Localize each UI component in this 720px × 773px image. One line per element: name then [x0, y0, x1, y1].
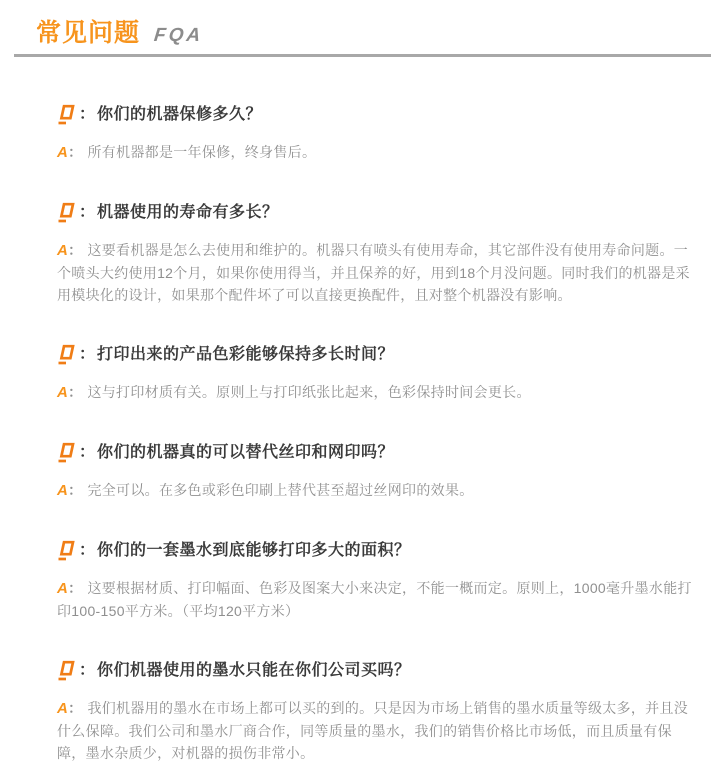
answer-separator: ： — [68, 242, 82, 258]
question-row: ： 打印出来的产品色彩能够保持多长时间？ — [57, 344, 696, 366]
answer-row: A：这要看机器是怎么去使用和维护的。机器只有喷头有使用寿命，其它部件没有使用寿命… — [57, 239, 696, 306]
question-q-icon — [57, 344, 75, 366]
answer-text: 所有机器都是一年保修，终身售后。 — [87, 144, 316, 160]
page-title: 常见问题 — [36, 13, 140, 49]
question-row: ： 你们的机器真的可以替代丝印和网印吗？ — [57, 442, 696, 464]
answer-a-prefix: A — [57, 580, 68, 597]
question-text: 你们机器使用的墨水只能在你们公司买吗？ — [97, 662, 411, 680]
answer-a-prefix: A — [57, 384, 68, 401]
question-row: ： 你们机器使用的墨水只能在你们公司买吗？ — [57, 660, 696, 682]
question-row: ： 你们的一套墨水到底能够打印多大的面积？ — [57, 540, 696, 562]
answer-text: 完全可以。在多色或彩色印刷上替代甚至超过丝网印的效果。 — [87, 482, 473, 498]
faq-list: ： 你们的机器保修多久？ A：所有机器都是一年保修，终身售后。 ： 机器使用的寿… — [57, 104, 696, 764]
answer-row: A：这要根据材质、打印幅面、色彩及图案大小来决定，不能一概而定。原则上，1000… — [57, 577, 696, 622]
page-header: 常见问题FQA — [0, 0, 720, 49]
answer-a-prefix: A — [57, 700, 68, 717]
question-q-icon — [57, 104, 75, 126]
answer-separator: ： — [68, 700, 82, 716]
question-q-icon — [57, 442, 75, 464]
faq-item: ： 你们机器使用的墨水只能在你们公司买吗？ A：我们机器用的墨水在市场上都可以买… — [57, 660, 696, 764]
answer-separator: ： — [68, 384, 82, 400]
question-text: 机器使用的寿命有多长？ — [97, 204, 279, 222]
fqa-logo: FQA — [153, 25, 204, 47]
answer-text: 这要根据材质、打印幅面、色彩及图案大小来决定，不能一概而定。原则上，1000毫升… — [57, 580, 692, 619]
answer-row: A：这与打印材质有关。原则上与打印纸张比起来，色彩保持时间会更长。 — [57, 381, 696, 404]
answer-a-prefix: A — [57, 144, 68, 161]
faq-item: ： 打印出来的产品色彩能够保持多长时间？ A：这与打印材质有关。原则上与打印纸张… — [57, 344, 696, 404]
question-text: 你们的一套墨水到底能够打印多大的面积？ — [97, 542, 411, 560]
answer-text: 这与打印材质有关。原则上与打印纸张比起来，色彩保持时间会更长。 — [87, 384, 530, 400]
answer-row: A：我们机器用的墨水在市场上都可以买的到的。只是因为市场上销售的墨水质量等级太多… — [57, 697, 696, 764]
answer-separator: ： — [68, 482, 82, 498]
question-separator: ： — [79, 107, 95, 123]
answer-text: 这要看机器是怎么去使用和维护的。机器只有喷头有使用寿命，其它部件没有使用寿命问题… — [57, 242, 690, 303]
question-separator: ： — [79, 445, 95, 461]
answer-row: A：所有机器都是一年保修，终身售后。 — [57, 141, 696, 164]
answer-text: 我们机器用的墨水在市场上都可以买的到的。只是因为市场上销售的墨水质量等级太多，并… — [57, 700, 688, 761]
question-row: ： 机器使用的寿命有多长？ — [57, 202, 696, 224]
question-text: 你们的机器真的可以替代丝印和网印吗？ — [97, 444, 394, 462]
question-separator: ： — [79, 663, 95, 679]
faq-item: ： 你们的一套墨水到底能够打印多大的面积？ A：这要根据材质、打印幅面、色彩及图… — [57, 540, 696, 622]
answer-row: A：完全可以。在多色或彩色印刷上替代甚至超过丝网印的效果。 — [57, 479, 696, 502]
question-q-icon — [57, 540, 75, 562]
faq-section: ： 你们的机器保修多久？ A：所有机器都是一年保修，终身售后。 ： 机器使用的寿… — [0, 57, 720, 764]
question-text: 你们的机器保修多久？ — [97, 106, 262, 124]
answer-separator: ： — [68, 580, 82, 596]
question-separator: ： — [79, 543, 95, 559]
faq-item: ： 你们的机器保修多久？ A：所有机器都是一年保修，终身售后。 — [57, 104, 696, 164]
answer-a-prefix: A — [57, 482, 68, 499]
question-row: ： 你们的机器保修多久？ — [57, 104, 696, 126]
question-separator: ： — [79, 205, 95, 221]
question-q-icon — [57, 202, 75, 224]
answer-separator: ： — [68, 144, 82, 160]
faq-item: ： 机器使用的寿命有多长？ A：这要看机器是怎么去使用和维护的。机器只有喷头有使… — [57, 202, 696, 306]
answer-a-prefix: A — [57, 242, 68, 259]
question-separator: ： — [79, 347, 95, 363]
question-text: 打印出来的产品色彩能够保持多长时间？ — [97, 346, 394, 364]
question-q-icon — [57, 660, 75, 682]
faq-item: ： 你们的机器真的可以替代丝印和网印吗？ A：完全可以。在多色或彩色印刷上替代甚… — [57, 442, 696, 502]
